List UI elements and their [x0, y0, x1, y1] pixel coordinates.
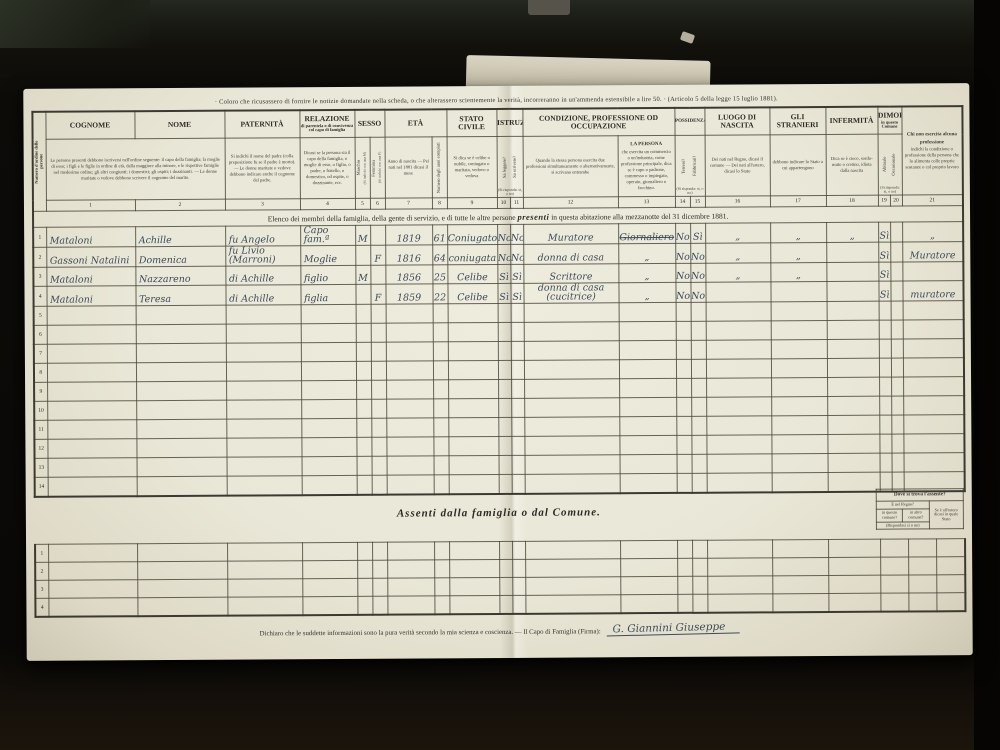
- entry-cell: [692, 473, 707, 493]
- entry-cell: [47, 382, 136, 402]
- entry-cell: [525, 595, 620, 614]
- entry-cell: „: [902, 222, 963, 242]
- entry-cell: [449, 542, 499, 560]
- entry-cell: „: [705, 223, 770, 243]
- entry-cell: [302, 578, 357, 596]
- entry-cell: [676, 397, 691, 416]
- entry-cell: [692, 454, 707, 473]
- entry-cell: [499, 456, 512, 475]
- entry-cell: Capo fam.ª: [300, 225, 355, 245]
- entry-cell: [880, 593, 908, 612]
- note-infermita: Dica se è cieco, sordo-muto o cretino, i…: [826, 134, 878, 195]
- entry-cell: [676, 378, 691, 397]
- col-header-eta: ETÀ: [384, 109, 446, 137]
- entry-cell: [48, 562, 137, 581]
- entry-cell: „: [618, 243, 675, 263]
- entry-cell: [387, 560, 434, 578]
- presenti-table: Numero d'ordine delle persone COGNOME NO…: [31, 105, 965, 498]
- entry-cell: [301, 361, 356, 380]
- chi-title: Chi non esercita alcuna professione: [907, 132, 957, 145]
- entry-cell: [619, 341, 676, 360]
- entry-cell: [226, 305, 301, 324]
- entry-cell: [879, 377, 891, 396]
- column-number: 4: [300, 198, 355, 209]
- entry-cell: [136, 400, 226, 420]
- entry-cell: [826, 242, 878, 262]
- entry-cell: [879, 320, 891, 339]
- entry-cell: [433, 304, 448, 323]
- entry-cell: [136, 362, 226, 382]
- entry-cell: [433, 399, 448, 418]
- entry-cell: [525, 559, 620, 578]
- entry-cell: [936, 593, 965, 612]
- entry-cell: coniugata: [447, 245, 497, 265]
- row-number: 13: [35, 458, 48, 477]
- entry-cell: [48, 458, 137, 478]
- entry-cell: Sì: [878, 262, 890, 281]
- entry-cell: [512, 595, 525, 614]
- occasionale-label: Occasionale: [892, 154, 897, 176]
- entry-cell: [47, 363, 136, 383]
- entry-cell: [771, 435, 827, 454]
- entry-cell: [498, 418, 511, 437]
- entry-cell: [433, 380, 448, 399]
- entry-cell: Muratore: [523, 224, 618, 245]
- entry-cell: [48, 544, 137, 563]
- numero-vertical-label: Numero d'ordine delle persone: [35, 135, 45, 189]
- entry-cell: Mataloni: [46, 286, 135, 307]
- entry-cell: [691, 397, 706, 416]
- entry-cell: [524, 322, 619, 342]
- elenco-post: in questa abitazione alla mezzanotte del…: [549, 211, 728, 221]
- entry-cell: [302, 596, 357, 615]
- entry-cell: [692, 540, 707, 558]
- anni-compiuti-label: Numero degli anni compiuti: [437, 142, 442, 193]
- entry-cell: [524, 398, 619, 418]
- entry-cell: [904, 453, 965, 472]
- entry-cell: [301, 342, 356, 361]
- entry-cell: [511, 379, 524, 398]
- column-number: 6: [370, 198, 385, 209]
- entry-cell: [903, 320, 964, 339]
- entry-cell: [676, 416, 691, 435]
- entry-cell: [371, 399, 386, 418]
- entry-cell: [137, 597, 227, 616]
- entry-cell: [691, 302, 706, 321]
- entry-cell: [498, 361, 511, 380]
- column-number: 1: [46, 200, 135, 212]
- entry-cell: [677, 594, 692, 613]
- entry-cell: F: [370, 284, 385, 304]
- entry-cell: Moglie: [300, 245, 355, 265]
- entry-cell: [387, 578, 434, 596]
- entry-cell: [371, 380, 386, 399]
- entry-cell: [448, 418, 498, 437]
- column-number: 9: [447, 198, 497, 209]
- entry-cell: [226, 343, 301, 362]
- entry-cell: [448, 342, 498, 361]
- entry-cell: Sì: [510, 283, 523, 303]
- entry-cell: [48, 477, 137, 497]
- subcol-femmina: Femmina(Si indichi con una F): [370, 137, 385, 198]
- dimora-caption: (Si risponda: sì, o no): [878, 186, 901, 194]
- entry-cell: [771, 416, 827, 435]
- entry-cell: [879, 396, 891, 415]
- entry-cell: [772, 594, 828, 613]
- entry-cell: Sì: [690, 223, 705, 243]
- entry-cell: Teresa: [135, 285, 225, 306]
- entry-cell: [676, 435, 691, 454]
- entry-cell: [499, 560, 512, 578]
- entry-cell: [891, 301, 903, 320]
- entry-cell: [226, 362, 301, 381]
- entry-cell: „: [705, 243, 770, 263]
- entry-cell: [301, 304, 356, 323]
- elenco-pre: Elenco dei membri della famiglia, della …: [268, 212, 518, 223]
- entry-cell: 25: [432, 265, 447, 284]
- entry-cell: [707, 473, 772, 493]
- entry-cell: [448, 437, 498, 456]
- entry-cell: [226, 324, 301, 343]
- entry-cell: [137, 579, 227, 598]
- entry-cell: [827, 358, 879, 377]
- entry-cell: [903, 396, 964, 415]
- entry-cell: [356, 437, 371, 456]
- entry-cell: [706, 416, 771, 435]
- note-luogo-nascita: Dei nati nel Regno, dicasi il comune — D…: [705, 135, 770, 196]
- entry-cell: [677, 473, 692, 493]
- note-stato-civile: Si dica se è celibe o nubile, coniugato …: [447, 137, 497, 198]
- entry-cell: [771, 378, 827, 397]
- entry-cell: [706, 302, 771, 321]
- relazione-subtitle: di parentela o di convivenza col capo di…: [300, 124, 354, 134]
- entry-cell: [511, 303, 524, 322]
- note-anno-nascita: Anno di nascita — Pei nati nel 1881 dica…: [385, 137, 432, 198]
- entry-cell: [227, 579, 302, 597]
- entry-cell: Gassoni Natalini: [46, 247, 135, 268]
- entry-cell: [434, 456, 449, 475]
- entry-cell: 1859: [385, 284, 432, 304]
- subcols-possidenza: Terreni?Fabbricati? (Si risponda: sì, o …: [675, 135, 705, 196]
- col-header-nome: NOME: [134, 111, 224, 139]
- entry-cell: [511, 436, 524, 455]
- entry-cell: [771, 282, 827, 302]
- entry-cell: [879, 358, 891, 377]
- entry-cell: [691, 435, 706, 454]
- row-number: 8: [34, 363, 47, 382]
- la-persona-lead: LA PERSONA: [630, 142, 662, 147]
- subcols-istruzione: Sa leggere?Sa scrivere? (Si risponda: sì…: [497, 136, 523, 197]
- entry-cell: [880, 557, 908, 575]
- entry-cell: [827, 434, 879, 453]
- possidenza-caption: (Si risponda: sì, o no): [675, 187, 704, 195]
- entry-cell: [226, 438, 301, 457]
- entry-cell: „: [770, 222, 826, 242]
- entry-cell: [357, 560, 372, 578]
- entry-cell: [47, 439, 136, 459]
- background-tab: [528, 0, 570, 15]
- entry-cell: Sì: [879, 281, 891, 301]
- entry-cell: [498, 380, 511, 399]
- entry-cell: [356, 323, 371, 342]
- row-number: 5: [34, 306, 47, 325]
- entry-cell: di Achille: [225, 266, 300, 285]
- entry-cell: Muratore: [902, 242, 963, 262]
- entry-cell: [620, 595, 677, 614]
- entry-cell: 1819: [385, 225, 432, 245]
- entry-cell: [619, 398, 676, 417]
- entry-cell: F: [370, 245, 385, 265]
- entry-cell: [433, 342, 448, 361]
- column-number: 17: [770, 195, 826, 206]
- entry-cell: [433, 437, 448, 456]
- entry-cell: [879, 301, 891, 320]
- entry-cell: [227, 457, 302, 476]
- column-number: 5: [355, 198, 370, 209]
- entry-cell: [771, 359, 827, 378]
- entry-cell: [828, 557, 880, 575]
- entry-cell: donna di casa (cucitrice): [524, 283, 619, 304]
- entry-cell: [48, 580, 137, 599]
- row-number: 11: [34, 420, 47, 439]
- entry-cell: [771, 321, 827, 340]
- entry-cell: 22: [432, 284, 447, 304]
- entry-cell: [302, 560, 357, 578]
- entry-cell: fu Livio (Marroni): [225, 246, 300, 266]
- row-number: 4: [33, 286, 46, 306]
- entry-cell: [620, 577, 677, 595]
- entry-cell: Mataloni: [46, 267, 135, 287]
- entry-cell: [677, 540, 692, 558]
- entry-cell: [880, 575, 908, 593]
- entry-cell: donna di casa: [523, 244, 618, 265]
- entry-cell: [449, 596, 499, 615]
- row-number: 2: [33, 247, 46, 267]
- entry-cell: [879, 434, 891, 453]
- entry-cell: [433, 418, 448, 437]
- femmina-note: (Si indichi con una F): [379, 152, 383, 183]
- row-number: 14: [35, 477, 48, 497]
- entry-cell: [524, 303, 619, 323]
- entry-cell: [226, 381, 301, 400]
- entry-cell: [137, 457, 227, 477]
- note-cognome-nome: Le persone presenti debbono iscriversi n…: [46, 138, 225, 200]
- column-number: 21: [902, 195, 963, 206]
- declaration-text: Dichiaro che le suddette informazioni so…: [260, 628, 601, 637]
- entry-cell: [707, 594, 772, 613]
- entry-cell: [387, 475, 434, 495]
- entry-cell: [386, 323, 433, 342]
- entry-cell: 1856: [385, 265, 432, 284]
- entry-cell: [707, 540, 772, 558]
- note-relazione: Dicasi se la persona sia il capo della f…: [300, 137, 355, 198]
- entry-cell: [620, 541, 677, 559]
- entry-cell: [356, 418, 371, 437]
- column-number: 11: [510, 197, 523, 208]
- entry-cell: muratore: [903, 281, 964, 301]
- entry-cell: [903, 415, 964, 434]
- entry-cell: Sì: [497, 283, 510, 303]
- entry-cell: [890, 242, 902, 262]
- entry-cell: [903, 358, 964, 377]
- entry-cell: [772, 576, 828, 594]
- entry-cell: [301, 399, 356, 418]
- entry-cell: M: [355, 265, 370, 284]
- entry-cell: [879, 415, 891, 434]
- entry-cell: [620, 455, 677, 474]
- entry-cell: Coniugato: [447, 225, 497, 245]
- entry-cell: „: [619, 282, 676, 302]
- box-altro-comune: in altro comune?: [903, 509, 929, 522]
- entry-cell: [620, 474, 677, 494]
- row-number: 3: [33, 267, 46, 286]
- column-number: 16: [705, 196, 770, 207]
- column-number: 10: [497, 197, 510, 208]
- entry-cell: [370, 265, 385, 284]
- entry-cell: [227, 476, 302, 496]
- assenti-section: Assenti dalla famiglia o dal Comune. Dov…: [34, 492, 964, 544]
- istruzione-caption: (Si risponda: sì, o no): [497, 188, 522, 196]
- entry-cell: [525, 474, 620, 494]
- note-condizione: Quando la stessa persona esercita due pr…: [523, 136, 618, 198]
- entry-cell: [137, 561, 227, 580]
- entry-cell: [892, 453, 904, 472]
- entry-cell: figlia: [300, 284, 355, 304]
- sa-scrivere-label: Sa scrivere?: [512, 156, 517, 178]
- entry-cell: [706, 359, 771, 378]
- entry-cell: [386, 304, 433, 323]
- entry-cell: [706, 378, 771, 397]
- entry-cell: [827, 339, 879, 358]
- entry-cell: [370, 225, 385, 245]
- entry-cell: [619, 360, 676, 379]
- entry-cell: [772, 473, 828, 493]
- entry-cell: [512, 541, 525, 559]
- entry-cell: [499, 475, 512, 495]
- entry-cell: [136, 381, 226, 401]
- column-number: 2: [135, 199, 225, 211]
- entry-cell: [387, 596, 434, 615]
- column-number: 15: [690, 196, 705, 207]
- entry-cell: [512, 577, 525, 595]
- entry-cell: [47, 344, 136, 364]
- entry-cell: [449, 560, 499, 578]
- entry-cell: [691, 340, 706, 359]
- la-persona-note: che esercita un commercio o un'industria…: [621, 149, 672, 190]
- entry-cell: [511, 398, 524, 417]
- row-number: 3: [35, 580, 48, 598]
- entry-cell: [891, 281, 903, 301]
- entry-cell: [356, 304, 371, 323]
- entry-cell: [828, 575, 880, 593]
- entry-cell: Sì: [878, 222, 890, 242]
- entry-cell: [48, 598, 137, 617]
- entry-cell: [771, 397, 827, 416]
- entry-cell: [47, 325, 136, 345]
- entry-cell: [524, 379, 619, 399]
- subcol-maschio: Maschio(Si indichi con una M): [355, 137, 370, 198]
- elenco-emphasis: presenti: [517, 211, 549, 221]
- entry-cell: [137, 476, 227, 496]
- entry-cell: [499, 578, 512, 596]
- entry-cell: [449, 475, 499, 495]
- entry-cell: [511, 322, 524, 341]
- col-header-cognome: COGNOME: [45, 111, 134, 139]
- table-surface-corner: [0, 0, 150, 48]
- column-number: 7: [385, 198, 432, 209]
- entry-cell: [619, 417, 676, 436]
- row-number: 1: [35, 544, 48, 562]
- entry-cell: [706, 435, 771, 454]
- maschio-label: Maschio: [357, 160, 362, 176]
- entry-cell: 64: [432, 245, 447, 265]
- entry-cell: [620, 559, 677, 577]
- entry-cell: [891, 358, 903, 377]
- entry-cell: [372, 560, 387, 578]
- entry-cell: [828, 539, 880, 557]
- column-number: 13: [618, 196, 675, 207]
- column-number: 12: [523, 197, 618, 209]
- entry-cell: Sì: [510, 264, 523, 283]
- entry-cell: [357, 542, 372, 560]
- entry-cell: [499, 596, 512, 615]
- entry-cell: [301, 323, 356, 342]
- entry-cell: [449, 456, 499, 475]
- entry-cell: [691, 378, 706, 397]
- entry-cell: [448, 361, 498, 380]
- entry-cell: [524, 341, 619, 361]
- entry-cell: [355, 245, 370, 265]
- entry-cell: [227, 597, 302, 616]
- entry-cell: [371, 323, 386, 342]
- entry-cell: No: [675, 263, 690, 282]
- entry-cell: [511, 360, 524, 379]
- entry-cell: [827, 281, 879, 301]
- entry-cell: [448, 399, 498, 418]
- entry-cell: [826, 262, 878, 281]
- dove-assente-box: Dove si trova l'assente? È nel Regno? Se…: [876, 488, 964, 530]
- entry-cell: [386, 380, 433, 399]
- struck-entry: Giornaliero: [619, 232, 674, 243]
- entry-cell: [356, 399, 371, 418]
- entry-cell: [433, 361, 448, 380]
- entry-cell: [908, 539, 936, 557]
- entry-cell: [498, 342, 511, 361]
- entry-cell: fu Angelo: [225, 226, 300, 246]
- entry-cell: [936, 575, 965, 593]
- entry-cell: Celibe: [447, 284, 497, 304]
- entry-cell: [619, 322, 676, 341]
- entry-cell: [356, 361, 371, 380]
- entry-cell: Giornaliero: [618, 223, 675, 243]
- col-header-luogo-nascita: LUOGO DI NASCITA: [704, 107, 769, 135]
- col-header-numero: Numero d'ordine delle persone: [32, 112, 46, 212]
- col-header-paternita: PATERNITÀ: [224, 110, 299, 138]
- entry-cell: [386, 418, 433, 437]
- entry-cell: [827, 415, 879, 434]
- entry-cell: [47, 306, 136, 326]
- entry-cell: [692, 576, 707, 594]
- col-header-infermita: INFERMITÀ: [825, 107, 877, 135]
- col-header-stato-civile: STATO CIVILE: [446, 109, 496, 137]
- entry-cell: [434, 542, 449, 560]
- entry-cell: [903, 301, 964, 320]
- relazione-title: RELAZIONE: [304, 114, 349, 123]
- column-number: 18: [826, 195, 878, 206]
- entry-cell: [677, 558, 692, 576]
- entry-cell: figlio: [300, 265, 355, 284]
- head-of-family-signature: G. Giannini Giuseppe: [607, 620, 740, 636]
